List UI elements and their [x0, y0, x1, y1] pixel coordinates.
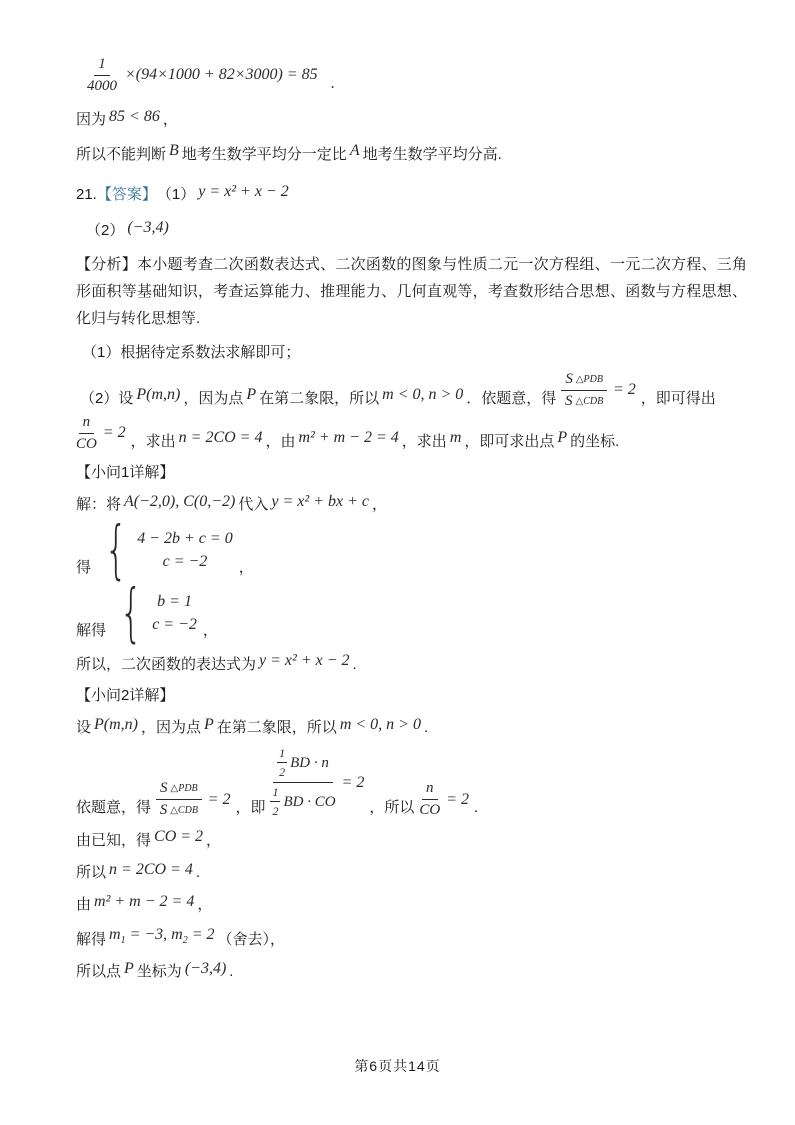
S-CDB-base: S [160, 802, 168, 819]
var-P: P [557, 429, 567, 447]
S-CDB-base: S [565, 393, 573, 410]
n-numerator: n [79, 414, 95, 434]
detail2-line6: 解得 m1 = −3, m2 = 2 （舍去）， [76, 926, 747, 952]
formula-period: . [331, 75, 335, 93]
inequality-85-86: 85 < 86 [109, 108, 160, 126]
item2-text-4: ．依题意，得 [466, 387, 556, 410]
m-solutions: m1 = −3, m2 = 2 [109, 926, 215, 947]
n-over-CO-fraction: n CO = 2 [76, 414, 126, 453]
m2-value: = 2 [188, 926, 215, 943]
item2b-text-5: 的坐标. [570, 430, 619, 453]
analysis-item2-line: （2）设 P(m,n) ，因为点 P 在第二象限，所以 m < 0, n > 0… [80, 371, 747, 410]
item2b-text-2: ，由 [265, 430, 295, 453]
detail1-heading-text: 【小问1详解】 [76, 461, 174, 484]
S-PDB-base: S [160, 780, 168, 797]
condition-m-n: m < 0, n > 0 [340, 716, 421, 734]
analysis-item1-line: （1）根据待定系数法求解即可； [82, 341, 747, 364]
question-number: 21. [76, 183, 97, 206]
d2l1-text-4: . [424, 716, 428, 739]
detail2-line2: 依题意，得 S△PDB S△CDB = 2 ，即 12 BD · n 12 BD… [76, 746, 747, 819]
d1l3-text-2: ， [203, 619, 218, 642]
var-P: P [246, 386, 256, 404]
conclusion-text-2: 地考生数学平均分一定比 [182, 143, 347, 166]
equation-system-1: { 4 − 2b + c = 0 c = −2 [97, 523, 233, 577]
S-CDB-sub: △CDB [170, 805, 198, 816]
analysis-item1-text: （1）根据待定系数法求解即可； [82, 341, 300, 364]
n-equals-2CO-4: n = 2CO = 4 [179, 429, 263, 447]
half-denominator: 2 [279, 763, 285, 780]
equals-2: = 2 [446, 791, 469, 809]
formula-expression: ×(94×1000 + 82×3000) = 85 [125, 66, 318, 84]
conclusion-text-1: 所以不能判断 [76, 143, 166, 166]
d2l2-text-3: ，所以 [369, 796, 414, 819]
condition-m-n: m < 0, n > 0 [382, 386, 463, 404]
comma: ， [163, 108, 178, 131]
d2l7-text-1: 所以点 [76, 960, 121, 983]
bd-ratio-fraction: 12 BD · n 12 BD · CO = 2 [270, 746, 364, 819]
d2l6-text-2: （舍去）， [218, 928, 286, 951]
BD-n-term: BD · n [290, 755, 329, 772]
d1l1-text-3: ， [372, 493, 387, 516]
item2b-text-4: ，即可求出点 [464, 430, 554, 453]
d1l3-text-1: 解得 [76, 619, 106, 642]
page-footer: 第6页共14页 [0, 1056, 795, 1076]
d1l2-text-2: ， [239, 556, 254, 579]
point-P-mn: P(m,n) [94, 716, 138, 734]
d1l4-text-1: 所以，二次函数的表达式为 [76, 653, 256, 676]
S-PDB-base: S [565, 371, 573, 388]
d2l3-text-2: ， [206, 829, 221, 852]
left-brace: { [120, 585, 143, 642]
d2l2-text-1: 依题意，得 [76, 796, 151, 819]
analysis-body: 本小题考查二次函数表达式、二次函数的图象与性质二元一次方程组、一元二次方程、三角… [76, 256, 747, 327]
detail1-line2-system: 得 { 4 − 2b + c = 0 c = −2 ， [76, 523, 747, 579]
CO-denominator: CO [76, 434, 97, 453]
d1l1-text-2: 代入 [238, 493, 268, 516]
part1-tag: （1） [157, 183, 195, 206]
d2l5-text-2: ， [197, 893, 212, 916]
detail2-line1: 设 P(m,n) ，因为点 P 在第二象限，所以 m < 0, n > 0 . [76, 716, 747, 739]
fraction-1-over-4000: 1 4000 [87, 56, 117, 95]
d2l1-text-2: ，因为点 [141, 716, 201, 739]
quadratic-in-m: m² + m − 2 = 4 [94, 893, 194, 911]
answer-part1-formula: y = x² + x − 2 [198, 183, 289, 201]
var-m: m [109, 926, 121, 943]
detail2-line7: 所以点 P 坐标为 (−3,4) . [76, 960, 747, 983]
fraction-denominator: 4000 [87, 76, 117, 95]
answer-part2-coordinates: (−3,4) [127, 219, 168, 237]
item2b-text-1: ，求出 [131, 430, 176, 453]
n-over-CO-fraction: n CO = 2 [419, 780, 469, 819]
S-PDB-sub: △PDB [171, 783, 198, 794]
S-PDB-sub: △PDB [576, 374, 603, 385]
equation-system-2: { b = 1 c = −2 [112, 586, 197, 640]
q21-answer-part2-line: （2） (−3,4) [86, 219, 747, 242]
general-quadratic: y = x² + bx + c [271, 493, 369, 511]
area-ratio-fraction: S△PDB S△CDB = 2 [561, 371, 635, 410]
analysis-paragraph: 【分析】本小题考查二次函数表达式、二次函数的图象与性质二元一次方程组、一元二次方… [76, 251, 747, 332]
d2l3-text-1: 由已知，得 [76, 829, 151, 852]
half-numerator: 1 [277, 746, 287, 763]
system1-equation-2: c = −2 [163, 553, 208, 571]
quadratic-in-m: m² + m − 2 = 4 [299, 429, 399, 447]
d2l1-text-1: 设 [76, 716, 91, 739]
system1-equation-1: 4 − 2b + c = 0 [137, 530, 233, 548]
q20-because-line: 因为 85 < 86 ， [76, 108, 747, 131]
CO-denominator: CO [419, 800, 440, 819]
part2-tag: （2） [86, 219, 124, 242]
S-CDB-sub: △CDB [576, 396, 604, 407]
var-B: B [169, 142, 179, 160]
because-text: 因为 [76, 108, 106, 131]
BD-CO-term: BD · CO [283, 794, 335, 811]
item2-text-5: ，即可得出 [641, 387, 716, 410]
area-ratio-fraction: S△PDB S△CDB = 2 [156, 780, 230, 819]
d2l6-text-1: 解得 [76, 928, 106, 951]
item2-text-3: 在第二象限，所以 [259, 387, 379, 410]
conclusion-text-3: 地考生数学平均分高. [363, 143, 502, 166]
left-brace: { [105, 522, 128, 579]
d2l1-text-3: 在第二象限，所以 [217, 716, 337, 739]
system2-equation-2: c = −2 [152, 616, 197, 634]
d2l4-text-2: . [196, 861, 200, 884]
detail2-line3: 由已知，得 CO = 2 ， [76, 828, 747, 851]
d2l7-text-2: 坐标为 [137, 960, 182, 983]
system2-equation-1: b = 1 [157, 593, 192, 611]
item2b-text-3: ，求出 [402, 430, 447, 453]
d2l4-text-1: 所以 [76, 861, 106, 884]
d2l2-text-4: . [474, 796, 478, 819]
detail2-heading-text: 【小问2详解】 [76, 684, 174, 707]
analysis-item2-continued-line: n CO = 2 ，求出 n = 2CO = 4 ，由 m² + m − 2 =… [76, 414, 747, 453]
var-P: P [204, 716, 214, 734]
n-numerator: n [422, 780, 438, 800]
equals-2: = 2 [208, 791, 231, 809]
var-P: P [124, 960, 134, 978]
exam-solution-page: 1 4000 ×(94×1000 + 82×3000) = 85 . 因为 85… [0, 0, 795, 1125]
final-quadratic: y = x² + x − 2 [259, 652, 350, 670]
item2-text-1: （2）设 [80, 387, 133, 410]
equals-2: = 2 [613, 381, 636, 399]
item2-text-2: ，因为点 [183, 387, 243, 410]
n-equals-2CO-4: n = 2CO = 4 [109, 861, 193, 879]
d2l5-text-1: 由 [76, 893, 91, 916]
equals-2: = 2 [103, 424, 126, 442]
detail1-heading: 【小问1详解】 [76, 461, 747, 484]
q20-conclusion-line: 所以不能判断 B 地考生数学平均分一定比 A 地考生数学平均分高. [76, 142, 747, 165]
d1l2-text-1: 得 [76, 556, 91, 579]
detail1-line4: 所以，二次函数的表达式为 y = x² + x − 2 . [76, 652, 747, 675]
detail2-line5: 由 m² + m − 2 = 4 ， [76, 893, 747, 916]
d2l7-text-3: . [229, 960, 233, 983]
P-coordinates: (−3,4) [185, 960, 226, 978]
points-A-C: A(−2,0), C(0,−2) [124, 493, 235, 511]
detail1-line1: 解：将 A(−2,0), C(0,−2) 代入 y = x² + bx + c … [76, 493, 747, 516]
var-A: A [350, 142, 360, 160]
answer-label: 【答案】 [97, 183, 157, 206]
m1-value: = −3, m [126, 926, 183, 943]
detail1-line3-system: 解得 { b = 1 c = −2 ， [76, 586, 747, 642]
detail2-heading: 【小问2详解】 [76, 684, 747, 707]
half-numerator: 1 [270, 785, 280, 802]
equals-2: = 2 [342, 774, 365, 792]
analysis-label: 【分析】 [76, 256, 137, 273]
CO-equals-2: CO = 2 [154, 828, 203, 846]
fraction-numerator: 1 [94, 56, 110, 76]
half-denominator: 2 [272, 802, 278, 819]
d2l2-text-2: ，即 [235, 796, 265, 819]
point-P-mn: P(m,n) [136, 386, 180, 404]
d1l4-text-2: . [353, 653, 357, 676]
q20-average-formula-line: 1 4000 ×(94×1000 + 82×3000) = 85 . [82, 56, 747, 95]
detail2-line4: 所以 n = 2CO = 4 . [76, 861, 747, 884]
q21-answer-heading-line: 21. 【答案】 （1） y = x² + x − 2 [76, 183, 747, 206]
var-m: m [450, 429, 462, 447]
